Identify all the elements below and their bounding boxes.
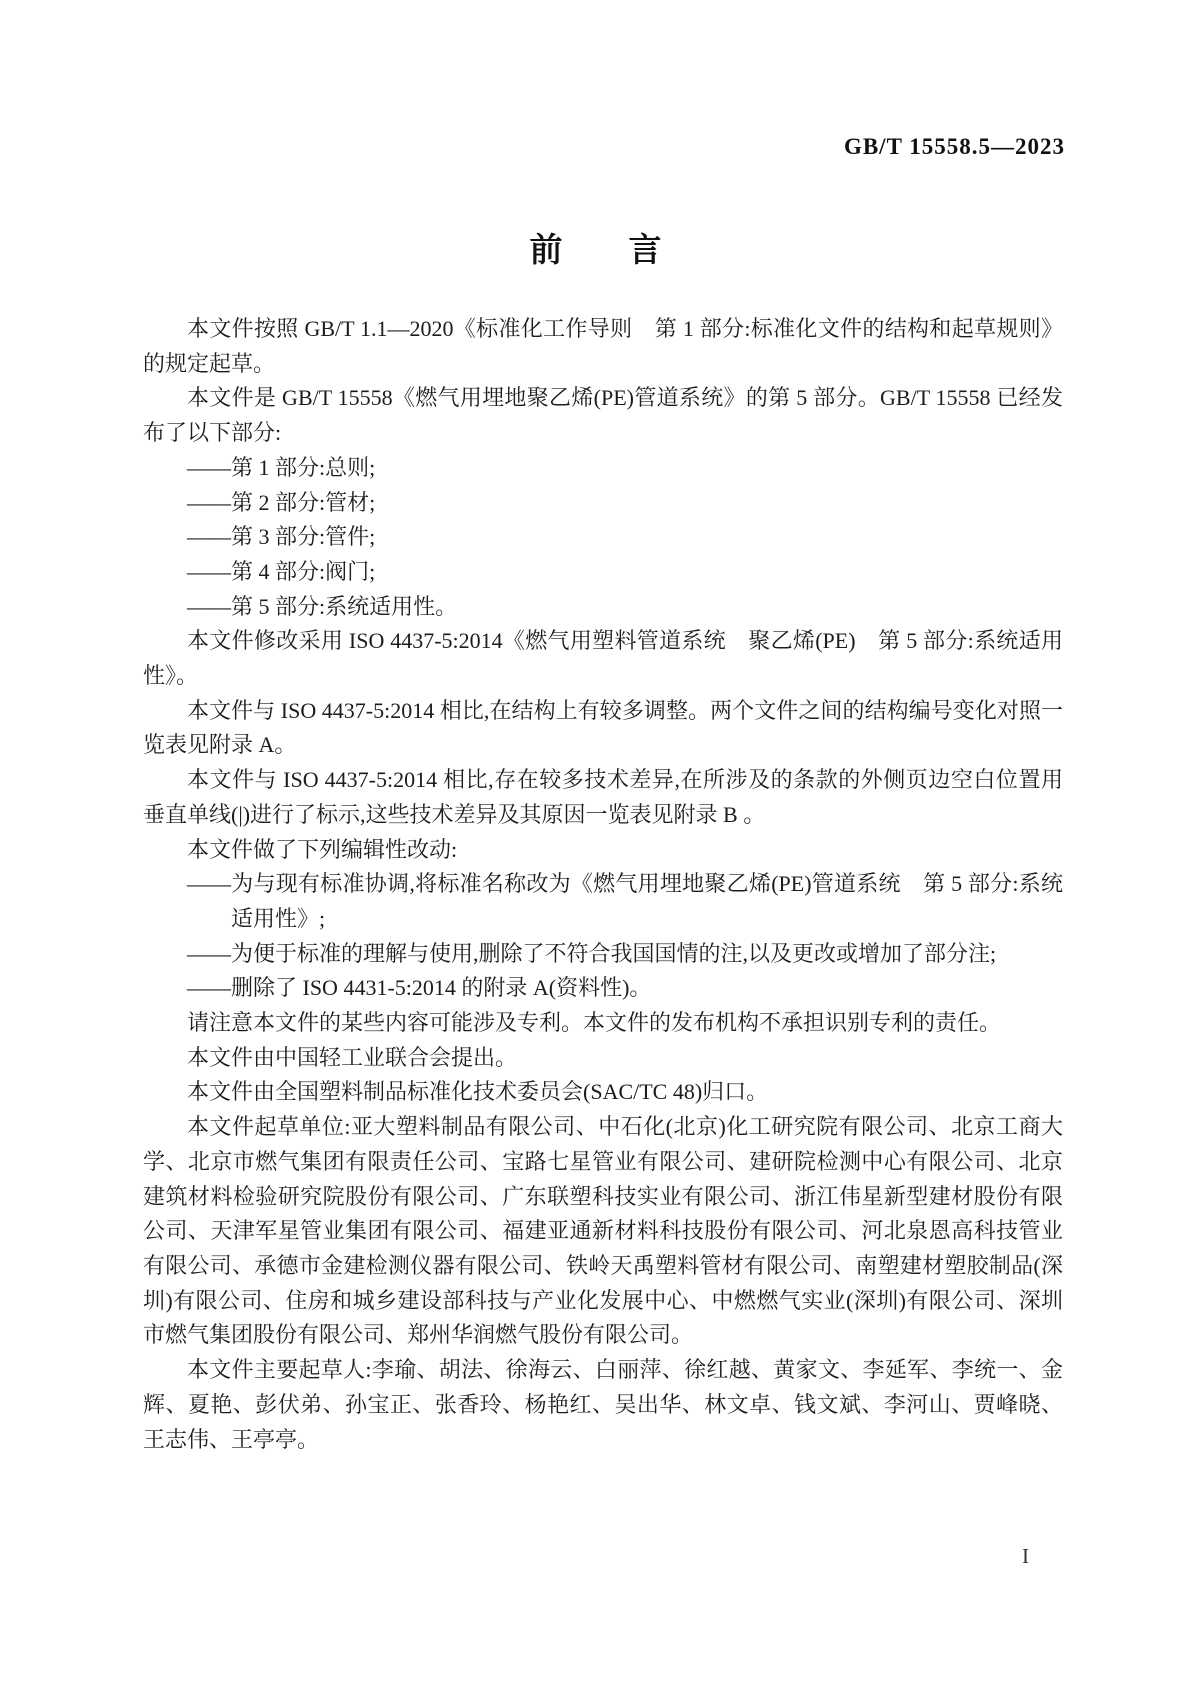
foreword-title: 前 言 — [0, 224, 1191, 271]
foreword-paragraph: 本文件由中国轻工业联合会提出。 — [143, 1041, 1063, 1076]
page-number: I — [1022, 1544, 1029, 1569]
document-page: GB/T 15558.5—2023 前 言 本文件按照 GB/T 1.1—202… — [0, 0, 1191, 1685]
foreword-paragraph: 本文件由全国塑料制品标准化技术委员会(SAC/TC 48)归口。 — [143, 1075, 1063, 1110]
foreword-paragraph: 本文件与 ISO 4437-5:2014 相比,在结构上有较多调整。两个文件之间… — [143, 694, 1063, 763]
drafters-paragraph: 本文件主要起草人:李瑜、胡法、徐海云、白丽萍、徐红越、黄家文、李延军、李统一、金… — [143, 1353, 1063, 1457]
parts-list-item: ——第 5 部分:系统适用性。 — [143, 590, 1063, 625]
foreword-paragraph: 本文件是 GB/T 15558《燃气用埋地聚乙烯(PE)管道系统》的第 5 部分… — [143, 381, 1063, 450]
parts-list-item: ——第 1 部分:总则; — [143, 451, 1063, 486]
editorial-change-item: ——为便于标准的理解与使用,删除了不符合我国国情的注,以及更改或增加了部分注; — [143, 937, 1063, 972]
foreword-paragraph: 本文件修改采用 ISO 4437-5:2014《燃气用塑料管道系统 聚乙烯(PE… — [143, 624, 1063, 693]
foreword-paragraph: 本文件按照 GB/T 1.1—2020《标准化工作导则 第 1 部分:标准化文件… — [143, 312, 1063, 381]
foreword-paragraph: 本文件与 ISO 4437-5:2014 相比,存在较多技术差异,在所涉及的条款… — [143, 763, 1063, 832]
editorial-change-item: ——删除了 ISO 4431-5:2014 的附录 A(资料性)。 — [143, 971, 1063, 1006]
drafting-units-paragraph: 本文件起草单位:亚大塑料制品有限公司、中石化(北京)化工研究院有限公司、北京工商… — [143, 1110, 1063, 1353]
parts-list-item: ——第 2 部分:管材; — [143, 486, 1063, 521]
foreword-body: 本文件按照 GB/T 1.1—2020《标准化工作导则 第 1 部分:标准化文件… — [143, 312, 1063, 1457]
foreword-paragraph: 本文件做了下列编辑性改动: — [143, 833, 1063, 868]
parts-list-item: ——第 4 部分:阀门; — [143, 555, 1063, 590]
parts-list-item: ——第 3 部分:管件; — [143, 520, 1063, 555]
editorial-change-item: ——为与现有标准协调,将标准名称改为《燃气用埋地聚乙烯(PE)管道系统 第 5 … — [143, 867, 1063, 936]
foreword-paragraph: 请注意本文件的某些内容可能涉及专利。本文件的发布机构不承担识别专利的责任。 — [143, 1006, 1063, 1041]
standard-number: GB/T 15558.5—2023 — [844, 134, 1065, 160]
